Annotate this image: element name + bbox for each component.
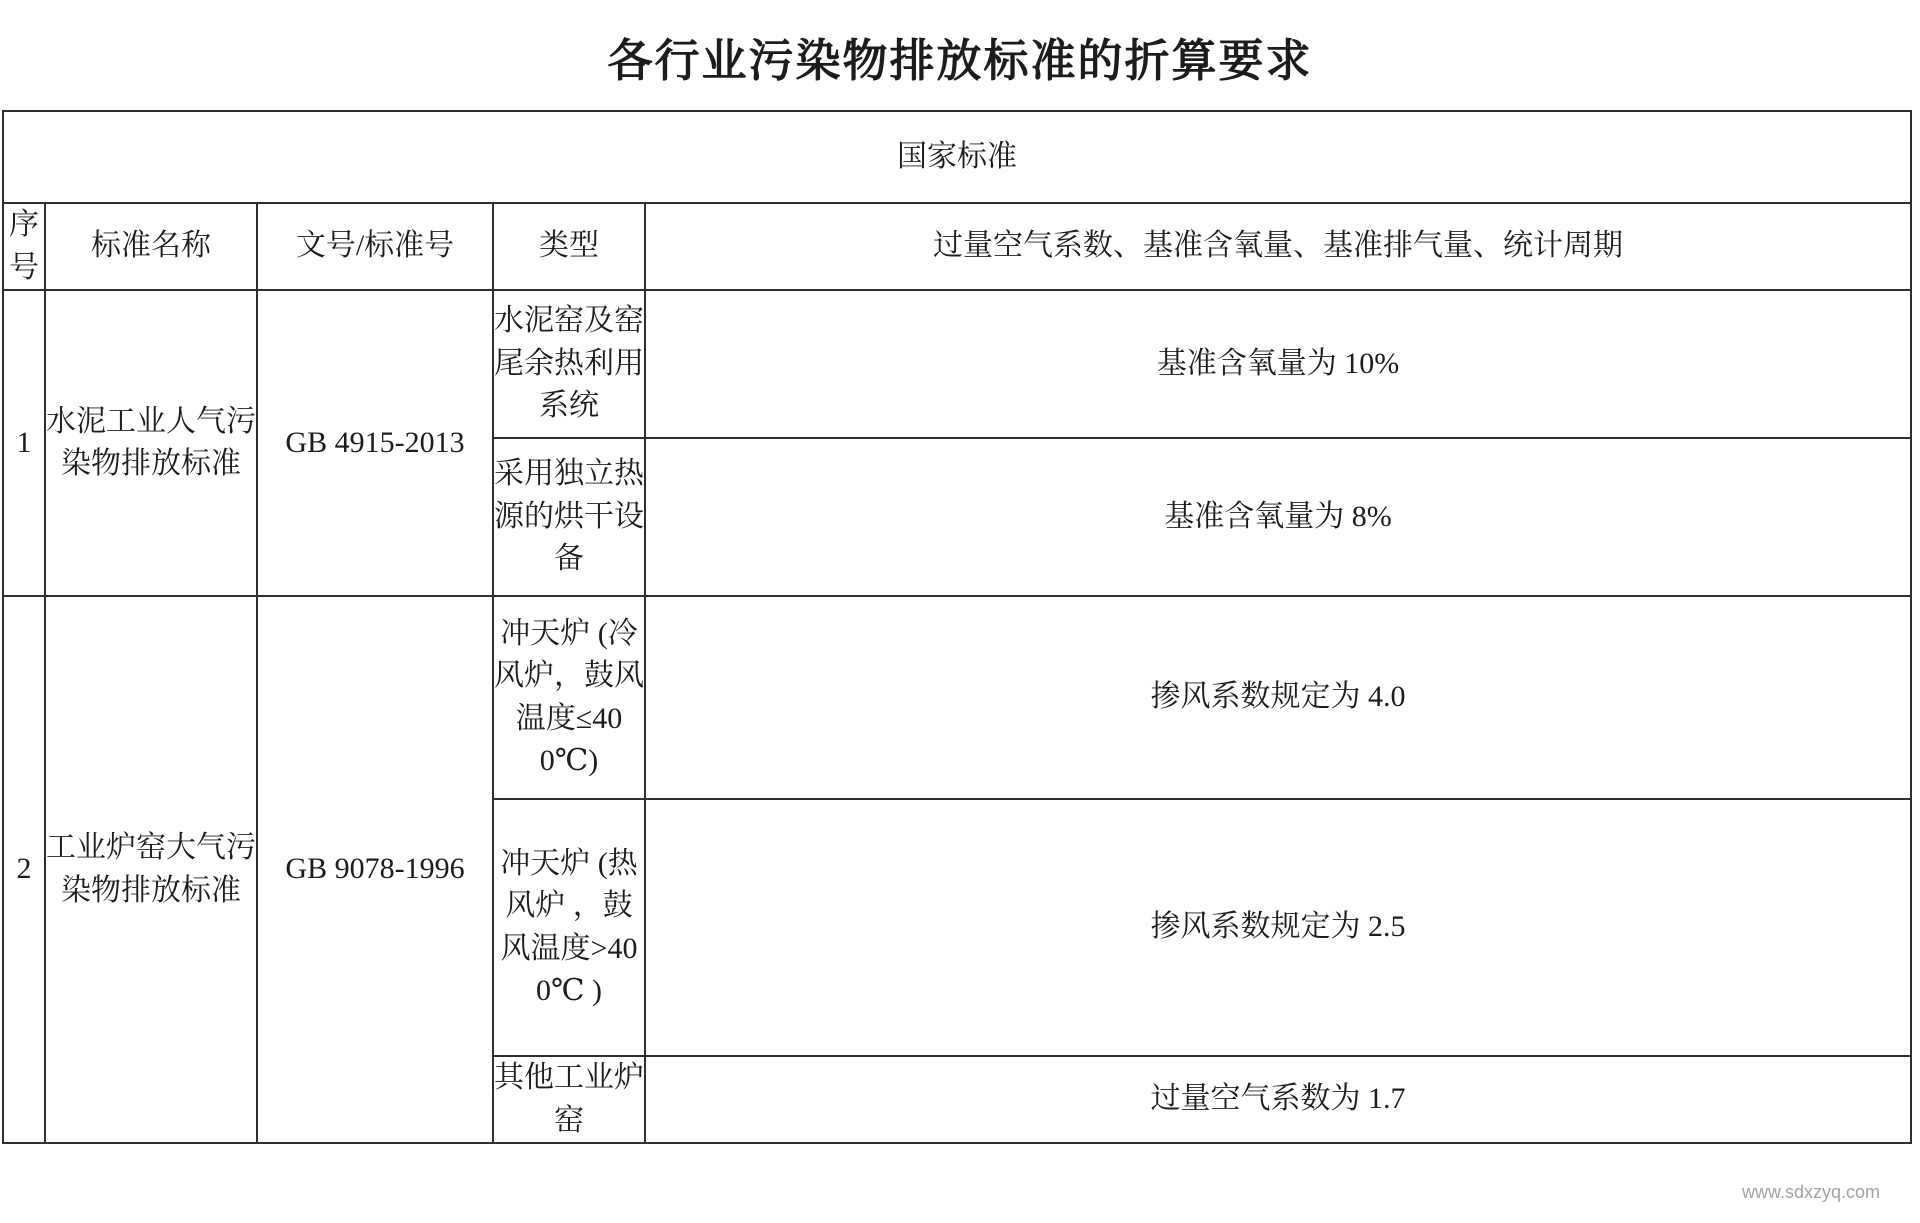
watermark: www.sdxzyq.com [1742,1182,1880,1203]
row1-standard-name-cell: 水泥工业人气污染物排放标准 [45,290,257,596]
table-row: 2 工业炉窑大气污染物排放标准 GB 9078-1996 冲天炉 (冷风炉，鼓风… [3,596,1911,799]
row2-type1-cell: 冲天炉 (冷风炉，鼓风温度≤400℃) [493,596,645,799]
row2-type3-cell: 其他工业炉窑 [493,1056,645,1143]
row1-requirement1-cell: 基准含氧量为 10% [645,290,1911,438]
table-row: 1 水泥工业人气污染物排放标准 GB 4915-2013 水泥窑及窑尾余热利用系… [3,290,1911,438]
row1-code-cell: GB 4915-2013 [257,290,493,596]
column-header-standard-name: 标准名称 [45,203,257,290]
document-page: 各行业污染物排放标准的折算要求 国家标准 序号 标准名称 文号/标准号 类型 过… [0,0,1920,1144]
row1-type2-cell: 采用独立热源的烘干设备 [493,438,645,596]
row2-requirement2-cell: 掺风系数规定为 2.5 [645,799,1911,1056]
row2-type2-cell: 冲天炉 (热风炉 ，鼓风温度>400℃ ) [493,799,645,1056]
page-title: 各行业污染物排放标准的折算要求 [0,0,1920,88]
group-header-cell: 国家标准 [3,111,1911,203]
table-row: 国家标准 [3,111,1911,203]
row1-type1-cell: 水泥窑及窑尾余热利用系统 [493,290,645,438]
standards-table: 国家标准 序号 标准名称 文号/标准号 类型 过量空气系数、基准含氧量、基准排气… [2,110,1912,1144]
column-header-requirement: 过量空气系数、基准含氧量、基准排气量、统计周期 [645,203,1911,290]
column-header-type: 类型 [493,203,645,290]
row1-requirement2-cell: 基准含氧量为 8% [645,438,1911,596]
row2-requirement1-cell: 掺风系数规定为 4.0 [645,596,1911,799]
column-header-no: 序号 [3,203,45,290]
row2-code-cell: GB 9078-1996 [257,596,493,1143]
row2-standard-name-cell: 工业炉窑大气污染物排放标准 [45,596,257,1143]
row2-requirement3-cell: 过量空气系数为 1.7 [645,1056,1911,1143]
table-header-row: 序号 标准名称 文号/标准号 类型 过量空气系数、基准含氧量、基准排气量、统计周… [3,203,1911,290]
column-header-code: 文号/标准号 [257,203,493,290]
row1-no-cell: 1 [3,290,45,596]
row2-no-cell: 2 [3,596,45,1143]
